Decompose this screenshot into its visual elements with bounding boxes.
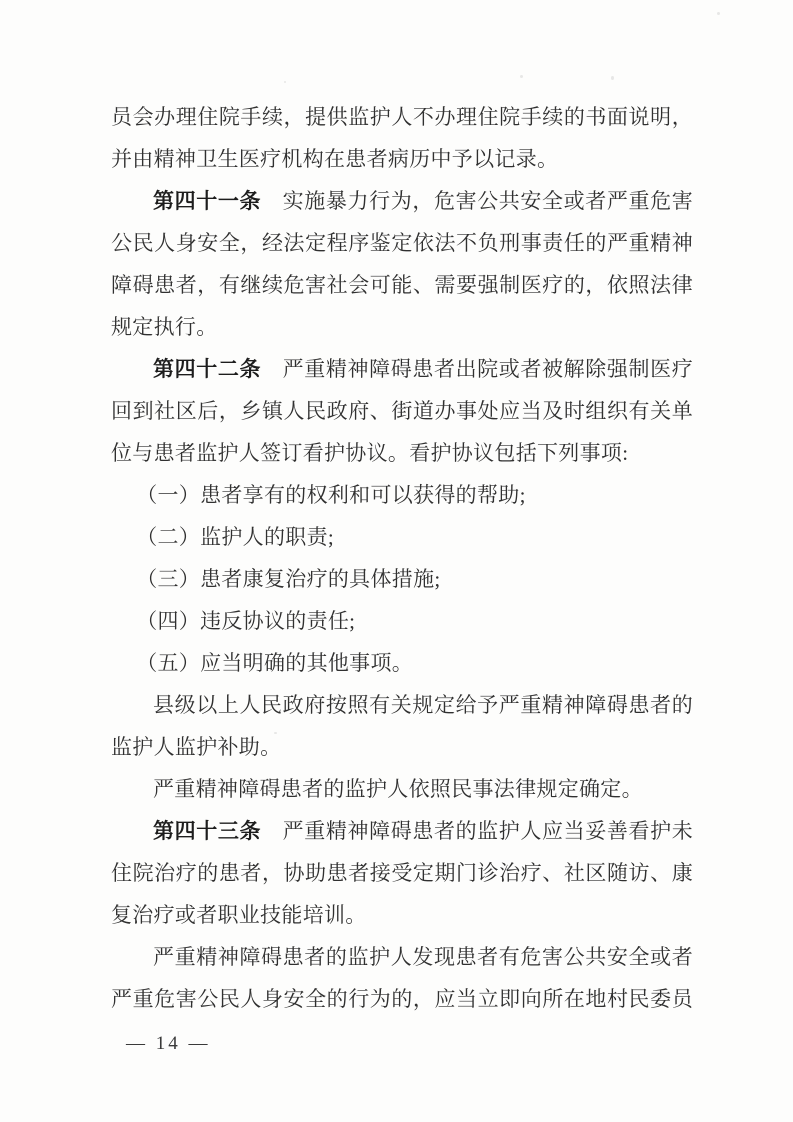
line-text: （一）患者享有的权利和可以获得的帮助; xyxy=(136,483,526,507)
line-text: 严重精神障碍患者的监护人应当妥善看护未 xyxy=(261,819,693,843)
line-text: 回到社区后，乡镇人民政府、街道办事处应当及时组织有关单 xyxy=(111,399,693,423)
text-line: 复治疗或者职业技能培训。 xyxy=(111,894,693,936)
text-line: 公民人身安全，经法定程序鉴定依法不负刑事责任的严重精神 xyxy=(111,222,693,264)
line-text: 严重精神障碍患者的监护人发现患者有危害公共安全或者 xyxy=(153,945,693,969)
line-text: 员会办理住院手续，提供监护人不办理住院手续的书面说明， xyxy=(111,105,693,129)
text-line: 障碍患者，有继续危害社会可能、需要强制医疗的，依照法律 xyxy=(111,264,693,306)
text-line: 第四十三条 严重精神障碍患者的监护人应当妥善看护未 xyxy=(111,810,693,852)
line-text: 位与患者监护人签订看护协议。看护协议包括下列事项: xyxy=(111,441,628,465)
list-item-line: （二）监护人的职责; xyxy=(111,516,693,558)
line-text: 严重危害公民人身安全的行为的，应当立即向所在地村民委员 xyxy=(111,987,693,1011)
body-text: 员会办理住院手续，提供监护人不办理住院手续的书面说明， 并由精神卫生医疗机构在患… xyxy=(111,96,693,1020)
page-number: — 14 — xyxy=(126,1033,211,1055)
scan-speck xyxy=(284,81,286,83)
line-text: 严重精神障碍患者出院或者被解除强制医疗 xyxy=(261,357,693,381)
text-line: 严重危害公民人身安全的行为的，应当立即向所在地村民委员 xyxy=(111,978,693,1020)
text-line: 住院治疗的患者，协助患者接受定期门诊治疗、社区随访、康 xyxy=(111,852,693,894)
line-text: 实施暴力行为，危害公共安全或者严重危害 xyxy=(261,189,693,213)
text-line: 员会办理住院手续，提供监护人不办理住院手续的书面说明， xyxy=(111,96,693,138)
article-number: 第四十二条 xyxy=(153,357,261,381)
line-text: （二）监护人的职责; xyxy=(136,525,334,549)
text-line: 严重精神障碍患者的监护人依照民事法律规定确定。 xyxy=(111,768,693,810)
document-page: 员会办理住院手续，提供监护人不办理住院手续的书面说明， 并由精神卫生医疗机构在患… xyxy=(0,0,793,1122)
text-line: 位与患者监护人签订看护协议。看护协议包括下列事项: xyxy=(111,432,693,474)
scan-speck xyxy=(611,76,614,80)
scan-speck xyxy=(717,12,720,15)
line-text: （三）患者康复治疗的具体措施; xyxy=(136,567,440,591)
line-text: 县级以上人民政府按照有关规定给予严重精神障碍患者的 xyxy=(153,693,693,717)
text-line: 第四十一条 实施暴力行为，危害公共安全或者严重危害 xyxy=(111,180,693,222)
scan-speck xyxy=(520,75,523,78)
list-item-line: （五）应当明确的其他事项。 xyxy=(111,642,693,684)
list-item-line: （一）患者享有的权利和可以获得的帮助; xyxy=(111,474,693,516)
line-text: 并由精神卫生医疗机构在患者病历中予以记录。 xyxy=(111,147,558,171)
line-text: 监护人监护补助。 xyxy=(111,735,281,759)
text-line: 监护人监护补助。 xyxy=(111,726,693,768)
article-number: 第四十三条 xyxy=(153,819,261,843)
text-line: 规定执行。 xyxy=(111,306,693,348)
text-line: 严重精神障碍患者的监护人发现患者有危害公共安全或者 xyxy=(111,936,693,978)
text-line: 并由精神卫生医疗机构在患者病历中予以记录。 xyxy=(111,138,693,180)
line-text: 严重精神障碍患者的监护人依照民事法律规定确定。 xyxy=(153,777,643,801)
text-line: 县级以上人民政府按照有关规定给予严重精神障碍患者的 xyxy=(111,684,693,726)
line-text: 障碍患者，有继续危害社会可能、需要强制医疗的，依照法律 xyxy=(111,273,693,297)
list-item-line: （四）违反协议的责任; xyxy=(111,600,693,642)
line-text: （四）违反协议的责任; xyxy=(136,609,355,633)
list-item-line: （三）患者康复治疗的具体措施; xyxy=(111,558,693,600)
text-line: 第四十二条 严重精神障碍患者出院或者被解除强制医疗 xyxy=(111,348,693,390)
line-text: 规定执行。 xyxy=(111,315,218,339)
line-text: 复治疗或者职业技能培训。 xyxy=(111,903,367,927)
line-text: （五）应当明确的其他事项。 xyxy=(136,651,413,675)
article-number: 第四十一条 xyxy=(153,189,261,213)
text-line: 回到社区后，乡镇人民政府、街道办事处应当及时组织有关单 xyxy=(111,390,693,432)
line-text: 住院治疗的患者，协助患者接受定期门诊治疗、社区随访、康 xyxy=(111,861,693,885)
line-text: 公民人身安全，经法定程序鉴定依法不负刑事责任的严重精神 xyxy=(111,231,693,255)
